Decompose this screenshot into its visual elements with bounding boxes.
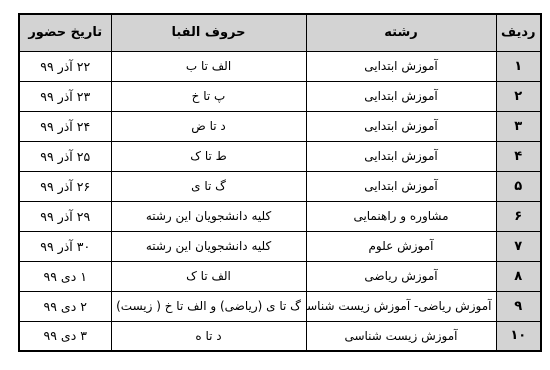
attendance-schedule-table: ردیف رشته حروف الفبا تاریخ حضور ۱ آموزش … bbox=[18, 13, 542, 352]
row-number-cell: ۵ bbox=[496, 171, 541, 201]
major-cell: آموزش ریاضی bbox=[306, 261, 496, 291]
letters-cell: کلیه دانشجویان این رشته bbox=[111, 231, 306, 261]
letters-cell: گ تا ی (ریاضی) و الف تا خ ( زیست) bbox=[111, 291, 306, 321]
date-cell: ۲۶ آذر ۹۹ bbox=[19, 171, 111, 201]
row-number-cell: ۳ bbox=[496, 111, 541, 141]
header-row: ردیف رشته حروف الفبا تاریخ حضور bbox=[19, 14, 541, 51]
row-number-cell: ۹ bbox=[496, 291, 541, 321]
table-row: ۹ آموزش ریاضی- آموزش زیست شناسی گ تا ی (… bbox=[19, 291, 541, 321]
row-number-cell: ۲ bbox=[496, 81, 541, 111]
table-row: ۶ مشاوره و راهنمایی کلیه دانشجویان این ر… bbox=[19, 201, 541, 231]
letters-cell: پ تا خ bbox=[111, 81, 306, 111]
major-cell: آموزش ابتدایی bbox=[306, 81, 496, 111]
major-cell: آموزش ابتدایی bbox=[306, 141, 496, 171]
date-cell: ۲۹ آذر ۹۹ bbox=[19, 201, 111, 231]
header-attendance-date: تاریخ حضور bbox=[19, 14, 111, 51]
letters-cell: کلیه دانشجویان این رشته bbox=[111, 201, 306, 231]
major-cell: آموزش ابتدایی bbox=[306, 171, 496, 201]
header-row-number: ردیف bbox=[496, 14, 541, 51]
table-row: ۴ آموزش ابتدایی ط تا ک ۲۵ آذر ۹۹ bbox=[19, 141, 541, 171]
table-row: ۱ آموزش ابتدایی الف تا ب ۲۲ آذر ۹۹ bbox=[19, 51, 541, 81]
row-number-cell: ۷ bbox=[496, 231, 541, 261]
date-cell: ۳۰ آذر ۹۹ bbox=[19, 231, 111, 261]
table-row: ۱۰ آموزش زیست شناسی د تا ه ۳ دی ۹۹ bbox=[19, 321, 541, 351]
date-cell: ۳ دی ۹۹ bbox=[19, 321, 111, 351]
row-number-cell: ۶ bbox=[496, 201, 541, 231]
major-cell: آموزش علوم bbox=[306, 231, 496, 261]
row-number-cell: ۱۰ bbox=[496, 321, 541, 351]
row-number-cell: ۸ bbox=[496, 261, 541, 291]
major-cell: آموزش زیست شناسی bbox=[306, 321, 496, 351]
major-cell: مشاوره و راهنمایی bbox=[306, 201, 496, 231]
header-alphabet-letters: حروف الفبا bbox=[111, 14, 306, 51]
date-cell: ۲ دی ۹۹ bbox=[19, 291, 111, 321]
letters-cell: الف تا ب bbox=[111, 51, 306, 81]
date-cell: ۲۴ آذر ۹۹ bbox=[19, 111, 111, 141]
table-row: ۳ آموزش ابتدایی د تا ض ۲۴ آذر ۹۹ bbox=[19, 111, 541, 141]
letters-cell: ط تا ک bbox=[111, 141, 306, 171]
letters-cell: د تا ض bbox=[111, 111, 306, 141]
row-number-cell: ۴ bbox=[496, 141, 541, 171]
letters-cell: د تا ه bbox=[111, 321, 306, 351]
header-major: رشته bbox=[306, 14, 496, 51]
major-cell: آموزش ابتدایی bbox=[306, 111, 496, 141]
table-row: ۲ آموزش ابتدایی پ تا خ ۲۳ آذر ۹۹ bbox=[19, 81, 541, 111]
date-cell: ۲۵ آذر ۹۹ bbox=[19, 141, 111, 171]
table-row: ۵ آموزش ابتدایی گ تا ی ۲۶ آذر ۹۹ bbox=[19, 171, 541, 201]
page: ردیف رشته حروف الفبا تاریخ حضور ۱ آموزش … bbox=[0, 0, 550, 370]
date-cell: ۱ دی ۹۹ bbox=[19, 261, 111, 291]
major-cell: آموزش ابتدایی bbox=[306, 51, 496, 81]
table-row: ۷ آموزش علوم کلیه دانشجویان این رشته ۳۰ … bbox=[19, 231, 541, 261]
letters-cell: الف تا ک bbox=[111, 261, 306, 291]
letters-cell: گ تا ی bbox=[111, 171, 306, 201]
date-cell: ۲۲ آذر ۹۹ bbox=[19, 51, 111, 81]
table-row: ۸ آموزش ریاضی الف تا ک ۱ دی ۹۹ bbox=[19, 261, 541, 291]
table-header: ردیف رشته حروف الفبا تاریخ حضور bbox=[19, 14, 541, 51]
row-number-cell: ۱ bbox=[496, 51, 541, 81]
date-cell: ۲۳ آذر ۹۹ bbox=[19, 81, 111, 111]
table-body: ۱ آموزش ابتدایی الف تا ب ۲۲ آذر ۹۹ ۲ آمو… bbox=[19, 51, 541, 351]
major-cell: آموزش ریاضی- آموزش زیست شناسی bbox=[306, 291, 496, 321]
